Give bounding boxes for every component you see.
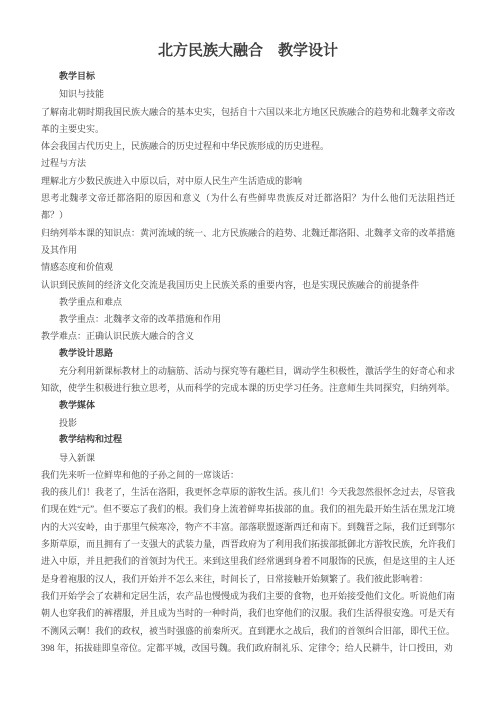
document-title: 北方民族大融合 教学设计 — [41, 40, 455, 60]
paragraph: 投影 — [41, 415, 455, 432]
paragraph: 教学重点和难点 — [41, 294, 455, 311]
paragraph: 理解北方少数民族进入中原以后，对中原人民生产生活造成的影响 — [41, 173, 455, 190]
section-heading: 教学结构和过程 — [41, 432, 455, 449]
paragraph: 归纳列举本课的知识点：黄河流域的统一、北方民族融合的趋势、北魏迁都洛阳、北魏孝文… — [41, 225, 455, 260]
section-heading: 教学目标 — [41, 69, 455, 86]
paragraph: 知识与技能 — [41, 86, 455, 103]
section-heading: 教学设计思路 — [41, 346, 455, 363]
paragraph: 思考北魏孝文帝迁都洛阳的原因和意义（为什么有些鲜卑贵族反对迁都洛阳？为什么他们无… — [41, 190, 455, 225]
paragraph: 我的孩儿们！我老了，生活在洛阳，我更怀念草原的游牧生活。孩儿们！今天我忽然很怀念… — [41, 484, 455, 588]
paragraph: 充分利用新课标教材上的动脑筋、活动与探究等有趣栏目，调动学生积极性，激活学生的好… — [41, 363, 455, 398]
paragraph: 体会我国古代历史上，民族融合的历史过程和中华民族形成的历史进程。 — [41, 138, 455, 155]
paragraph: 了解南北朝时期我国民族大融合的基本史实，包括自十六国以来北方地区民族融合的趋势和… — [41, 104, 455, 139]
section-heading: 教学媒体 — [41, 398, 455, 415]
paragraph: 教学重点：北魏孝文帝的改革措施和作用 — [41, 311, 455, 328]
paragraph: 我们先来听一位鲜卑和他的子孙之间的一席谈话： — [41, 467, 455, 484]
paragraph: 认识到民族间的经济文化交流是我国历史上民族关系的重要内容，也是实现民族融合的前提… — [41, 277, 455, 294]
paragraph: 导入新课 — [41, 450, 455, 467]
paragraph: 情感态度和价值观 — [41, 259, 455, 276]
paragraph: 我们开始学会了农耕和定居生活，农产品也慢慢成为我们主要的食物，也开始接受他们文化… — [41, 588, 455, 657]
paragraph: 教学难点：正确认识民族大融合的含义 — [41, 328, 455, 345]
document-body: 教学目标知识与技能了解南北朝时期我国民族大融合的基本史实，包括自十六国以来北方地… — [41, 69, 455, 657]
document-page: 北方民族大融合 教学设计 教学目标知识与技能了解南北朝时期我国民族大融合的基本史… — [0, 0, 496, 702]
paragraph: 过程与方法 — [41, 155, 455, 172]
